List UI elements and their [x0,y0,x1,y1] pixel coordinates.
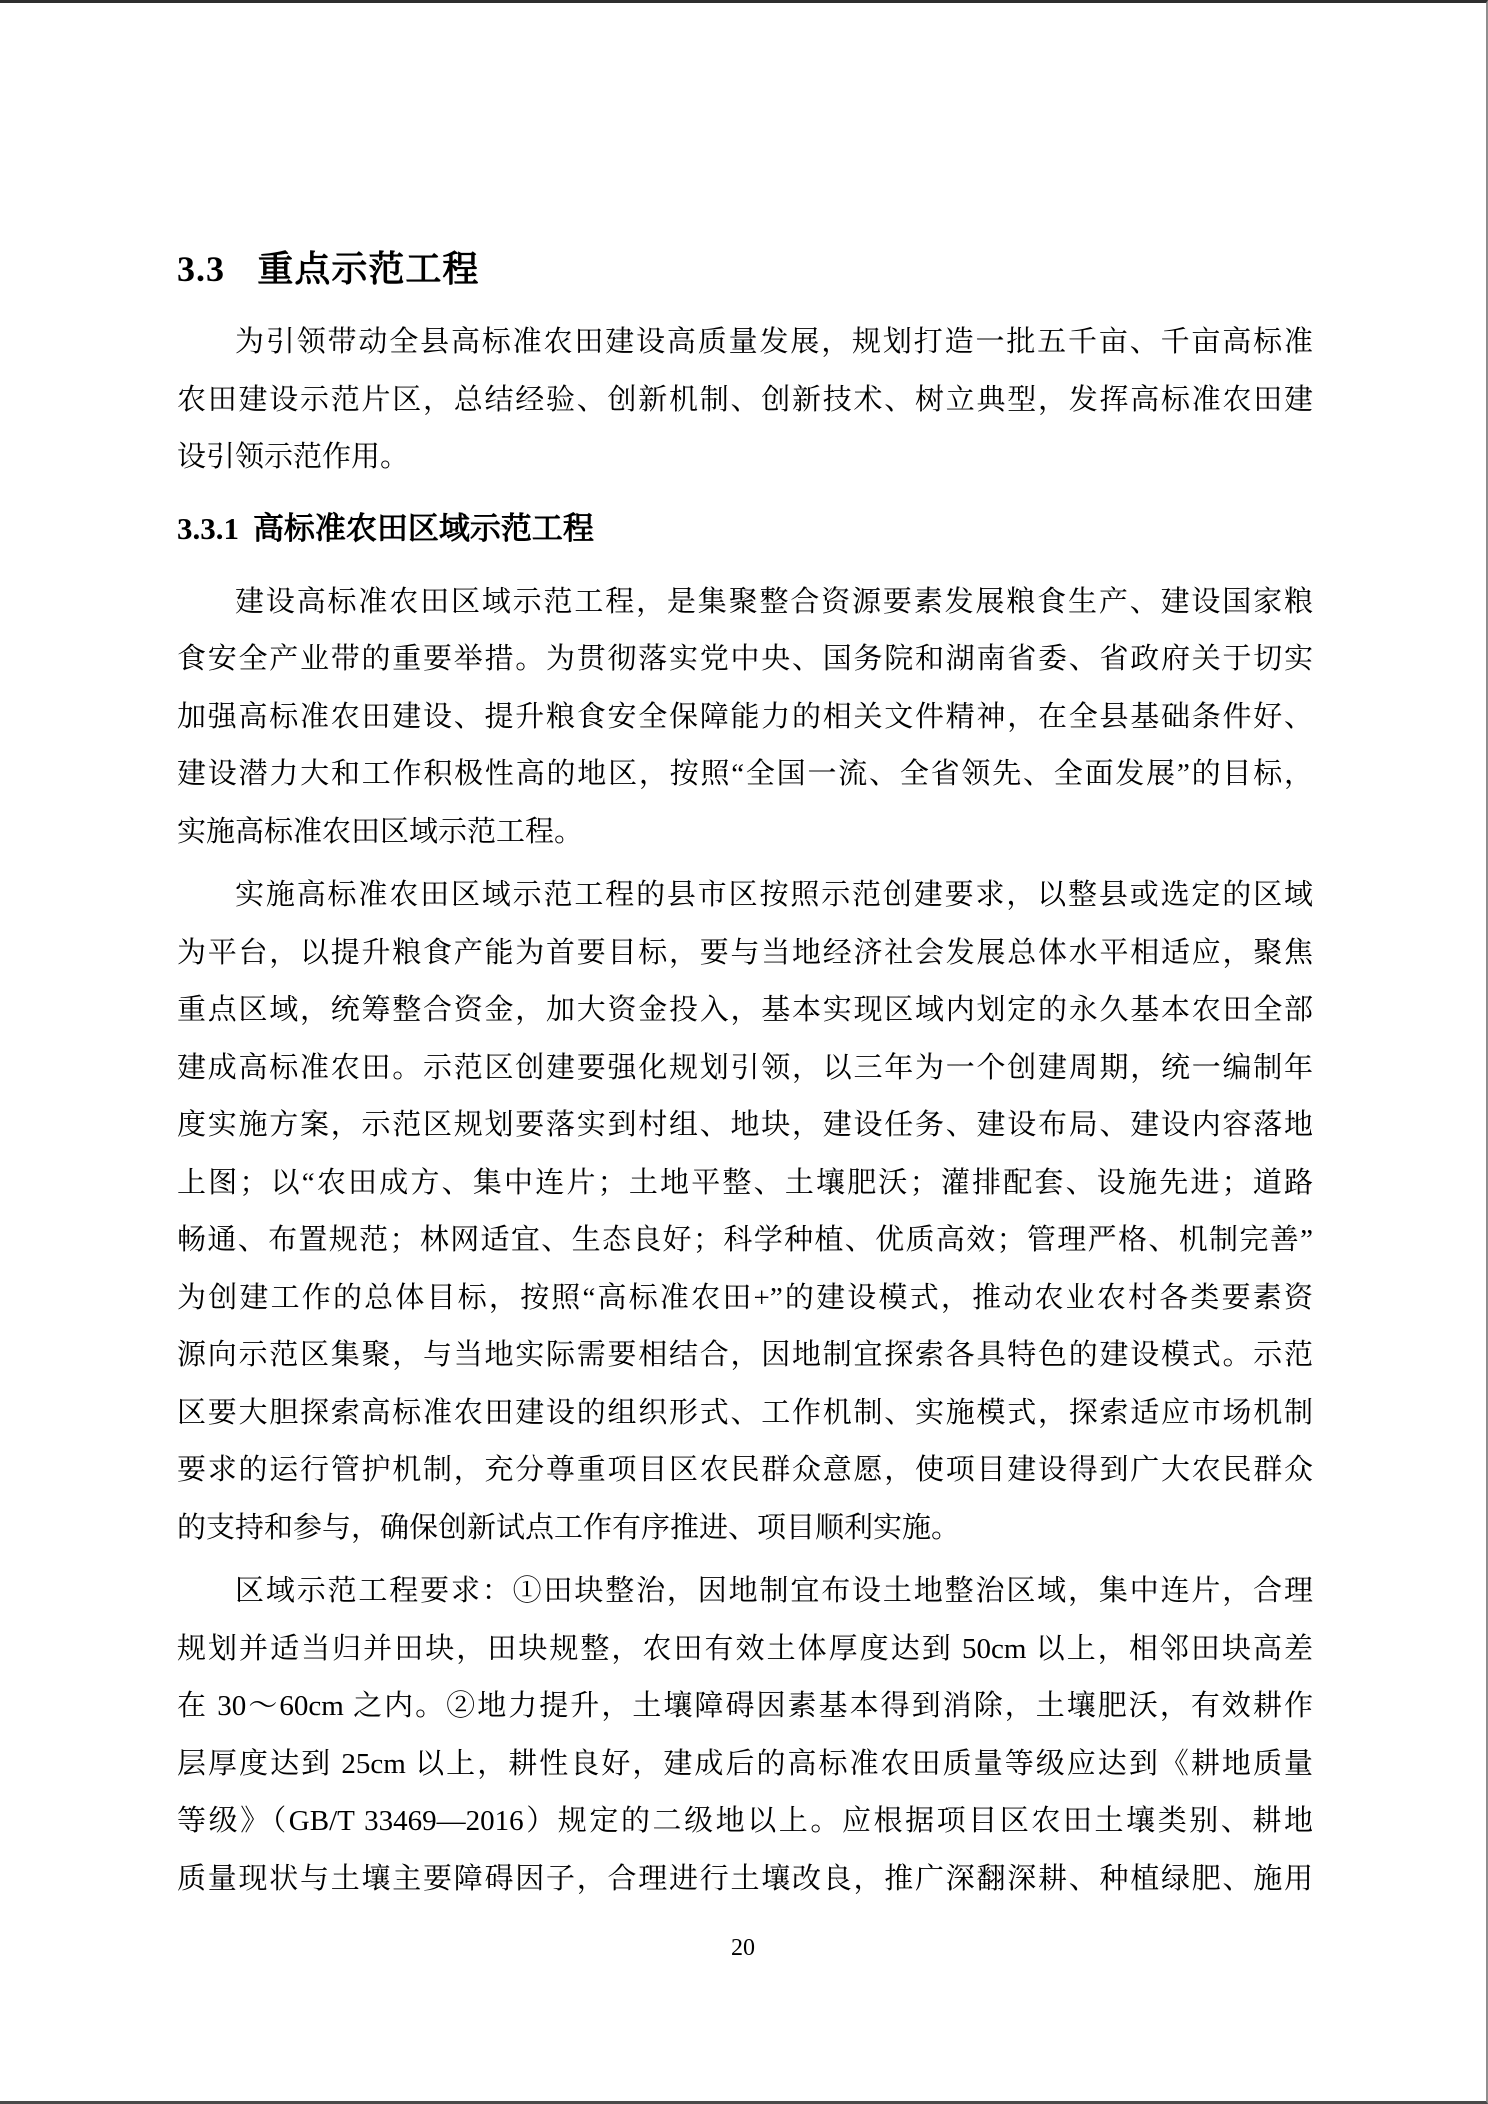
page-content: 3.3重点示范工程 为引领带动全县高标准农田建设高质量发展，规划打造一批五千亩、… [177,245,1313,1908]
text-line: 食安全产业带的重要举措。为贯彻落实党中央、国务院和湖南省委、省政府关于切实 [177,631,1313,689]
text-line: 源向示范区集聚，与当地实际需要相结合，因地制宜探索各具特色的建设模式。示范 [177,1327,1313,1385]
paragraph-background: 建设高标准农田区域示范工程，是集聚整合资源要素发展粮食生产、建设国家粮 食安全产… [177,574,1313,862]
text-line: 畅通、布置规范；林网适宜、生态良好；科学种植、优质高效；管理严格、机制完善” [177,1212,1313,1270]
text-line: 设引领示范作用。 [177,429,1313,487]
paragraph-implementation: 实施高标准农田区域示范工程的县市区按照示范创建要求，以整县或选定的区域 为平台，… [177,867,1313,1557]
text-line: 等级》（GB/T 33469—2016）规定的二级地以上。应根据项目区农田土壤类… [177,1793,1313,1851]
subsection-number: 3.3.1 [177,511,239,546]
text-line: 度实施方案，示范区规划要落实到村组、地块，建设任务、建设布局、建设内容落地 [177,1097,1313,1155]
document-page: 3.3重点示范工程 为引领带动全县高标准农田建设高质量发展，规划打造一批五千亩、… [0,0,1488,2104]
section-number: 3.3 [177,249,225,289]
text-line: 农田建设示范片区，总结经验、创新机制、创新技术、树立典型，发挥高标准农田建 [177,372,1313,430]
text-line: 建设潜力大和工作积极性高的地区，按照“全国一流、全省领先、全面发展”的目标， [177,746,1313,804]
section-title: 重点示范工程 [257,249,479,289]
text-line: 区要大胆探索高标准农田建设的组织形式、工作机制、实施模式，探索适应市场机制 [177,1385,1313,1443]
text-line: 建成高标准农田。示范区创建要强化规划引领，以三年为一个创建周期，统一编制年 [177,1040,1313,1098]
text-line: 的支持和参与，确保创新试点工作有序推进、项目顺利实施。 [177,1500,1313,1558]
text-line: 质量现状与土壤主要障碍因子，合理进行土壤改良，推广深翻深耕、种植绿肥、施用 [177,1851,1313,1909]
paragraph-intro: 为引领带动全县高标准农田建设高质量发展，规划打造一批五千亩、千亩高标准 农田建设… [177,314,1313,487]
text-line: 实施高标准农田区域示范工程。 [177,804,1313,862]
subsection-heading: 3.3.1高标准农田区域示范工程 [177,504,1313,554]
text-line: 实施高标准农田区域示范工程的县市区按照示范创建要求，以整县或选定的区域 [177,867,1313,925]
text-line: 在 30～60cm 之内。②地力提升，土壤障碍因素基本得到消除，土壤肥沃，有效耕… [177,1678,1313,1736]
text-line: 层厚度达到 25cm 以上，耕性良好，建成后的高标准农田质量等级应达到《耕地质量 [177,1736,1313,1794]
text-line: 规划并适当归并田块，田块规整，农田有效土体厚度达到 50cm 以上，相邻田块高差 [177,1621,1313,1679]
section-heading: 3.3重点示范工程 [177,245,1313,293]
text-line: 重点区域，统筹整合资金，加大资金投入，基本实现区域内划定的永久基本农田全部 [177,982,1313,1040]
subsection-title: 高标准农田区域示范工程 [253,511,594,546]
text-line: 区域示范工程要求：①田块整治，因地制宜布设土地整治区域，集中连片，合理 [177,1563,1313,1621]
text-line: 上图；以“农田成方、集中连片；土地平整、土壤肥沃；灌排配套、设施先进；道路 [177,1155,1313,1213]
text-line: 为引领带动全县高标准农田建设高质量发展，规划打造一批五千亩、千亩高标准 [177,314,1313,372]
text-line: 为创建工作的总体目标，按照“高标准农田+”的建设模式，推动农业农村各类要素资 [177,1270,1313,1328]
text-line: 为平台，以提升粮食产能为首要目标，要与当地经济社会发展总体水平相适应，聚焦 [177,925,1313,983]
text-line: 加强高标准农田建设、提升粮食安全保障能力的相关文件精神，在全县基础条件好、 [177,689,1313,747]
text-line: 要求的运行管护机制，充分尊重项目区农民群众意愿，使项目建设得到广大农民群众 [177,1442,1313,1500]
paragraph-requirements: 区域示范工程要求：①田块整治，因地制宜布设土地整治区域，集中连片，合理 规划并适… [177,1563,1313,1908]
text-line: 建设高标准农田区域示范工程，是集聚整合资源要素发展粮食生产、建设国家粮 [177,574,1313,632]
page-number: 20 [0,1933,1486,1963]
